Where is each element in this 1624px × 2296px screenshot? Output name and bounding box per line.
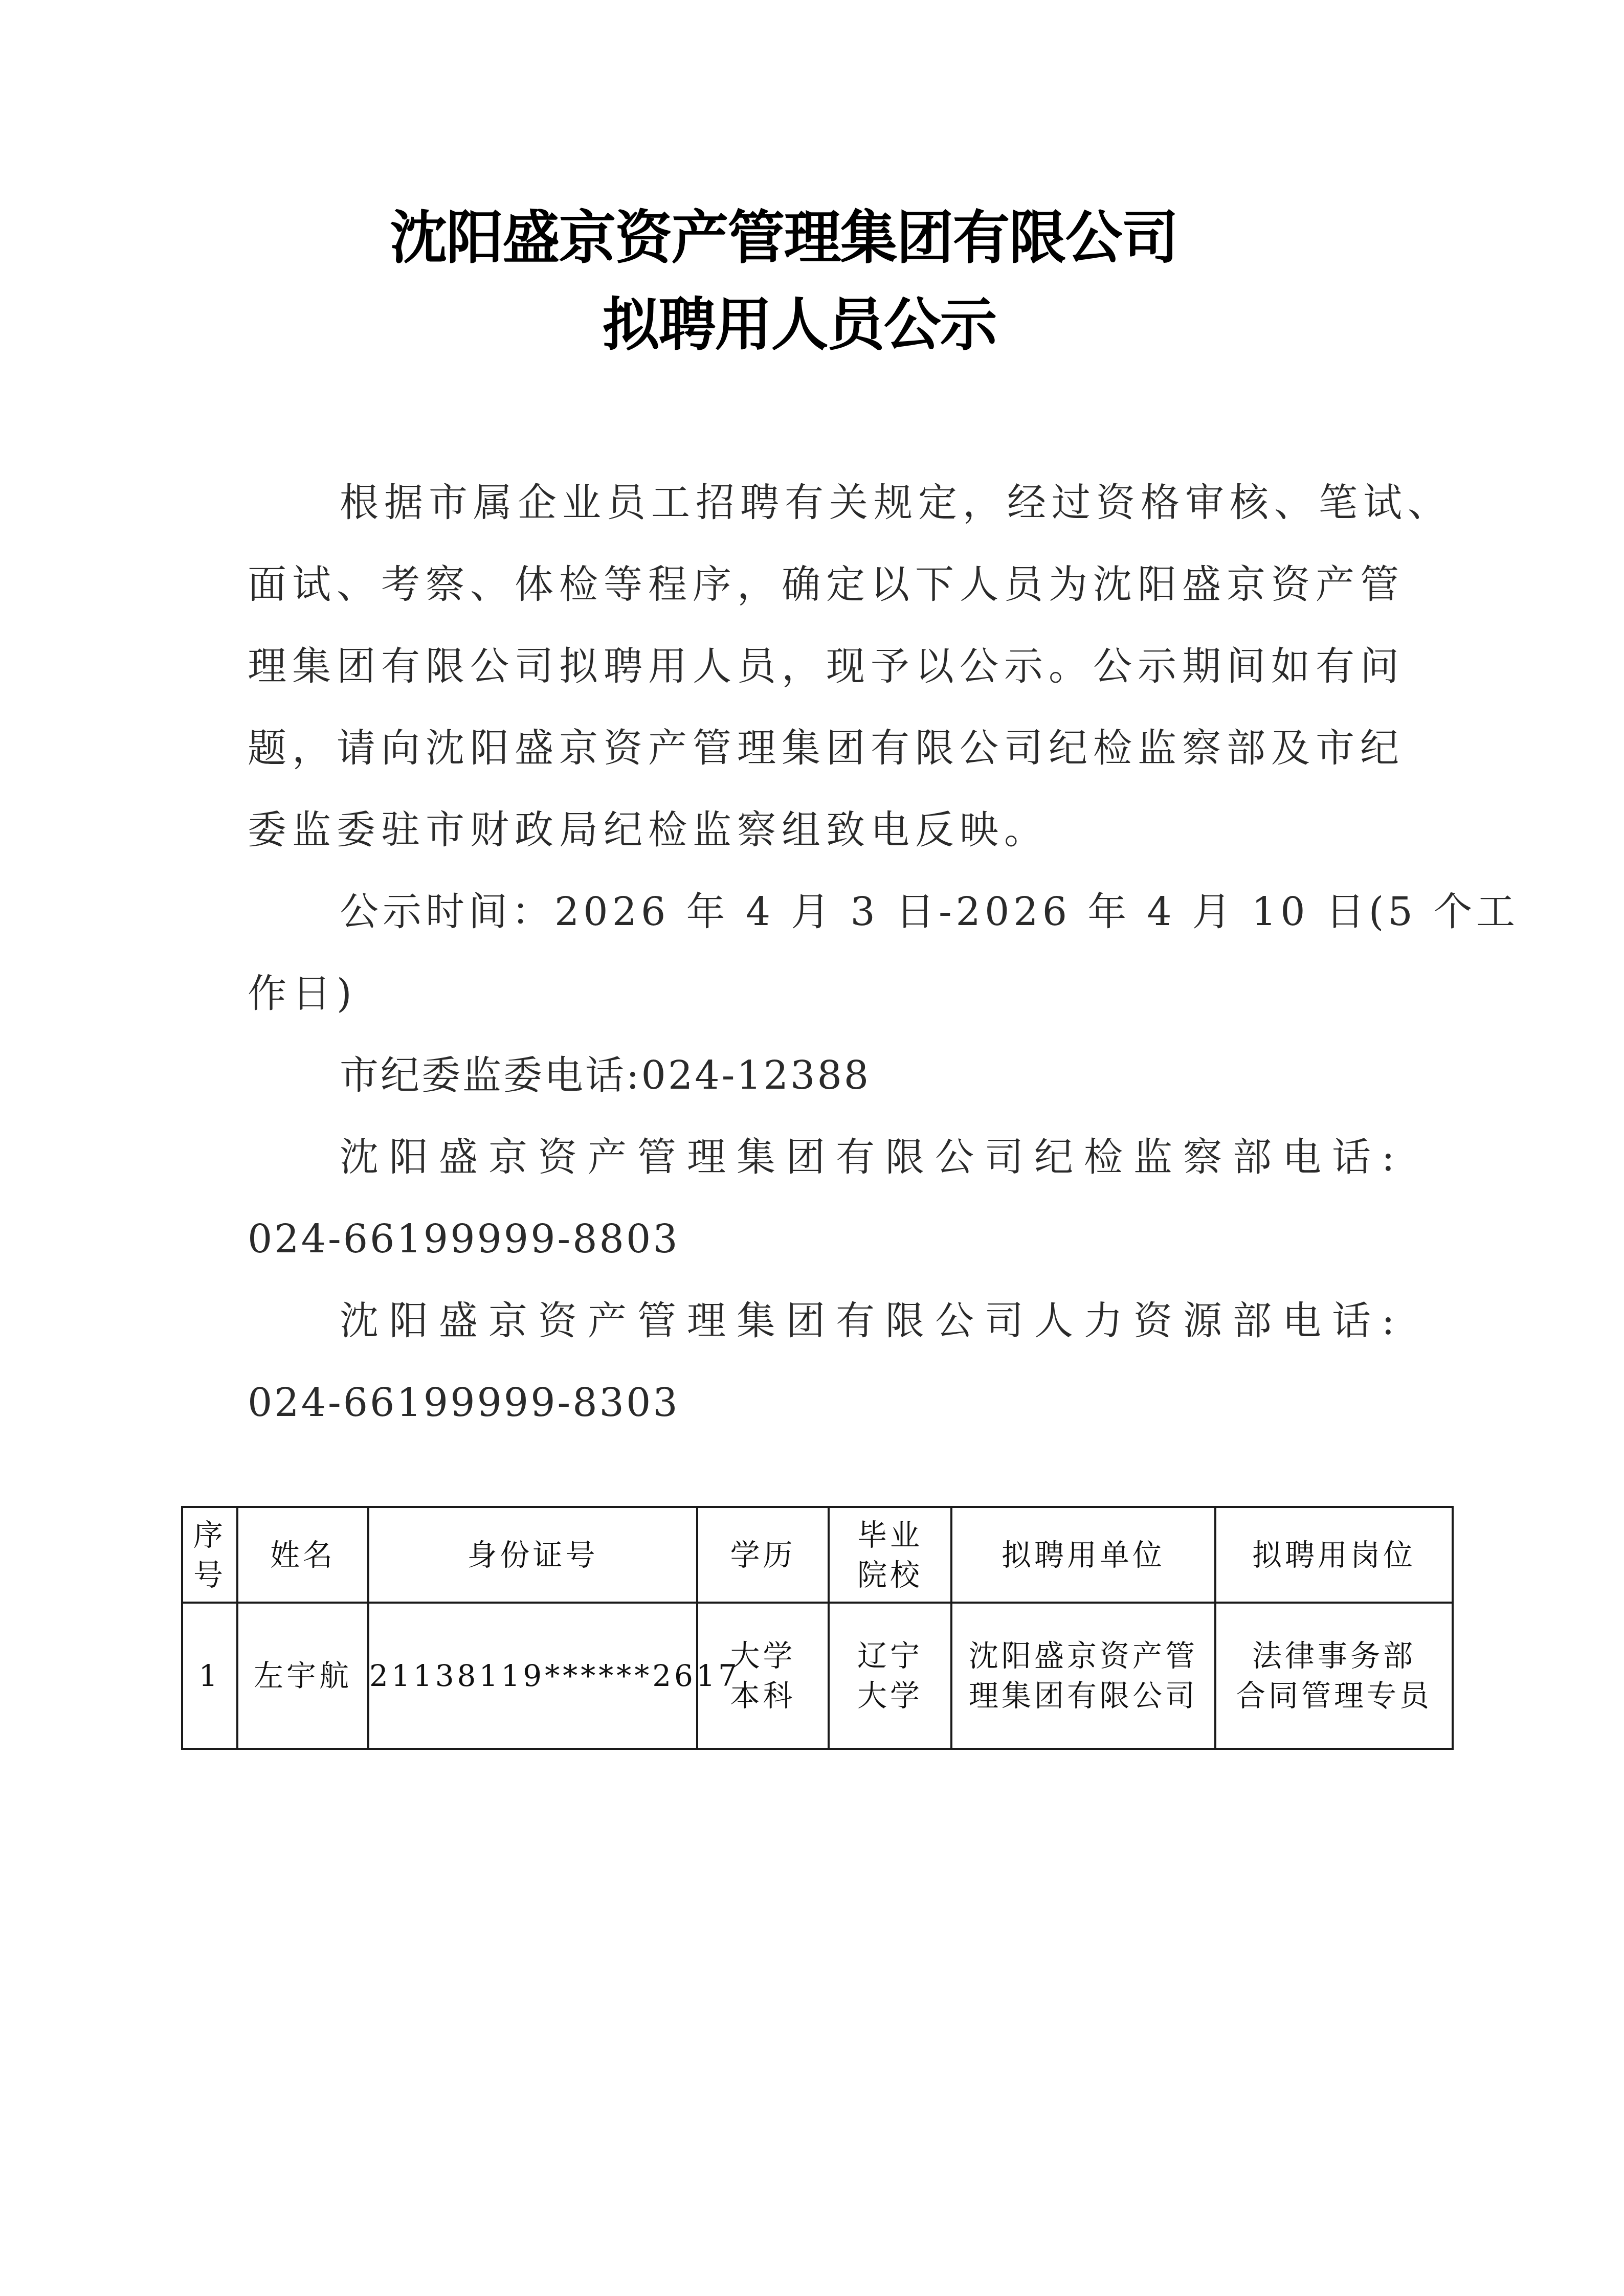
header-unit: 拟聘用单位 [951, 1507, 1215, 1603]
discipline-dept-phone: 024-66199999-8803 [248, 1220, 680, 1258]
cell-position: 法律事务部 合同管理专员 [1215, 1603, 1453, 1749]
paragraph-line-4: 题，请向沈阳盛京资产管理集团有限公司纪检监察部及市纪 [248, 729, 1405, 768]
table-row: 1 左宇航 21138119******2617 大学 本科 辽宁 大学 沈阳盛… [182, 1603, 1453, 1749]
cell-unit: 沈阳盛京资产管 理集团有限公司 [951, 1603, 1215, 1749]
document-title-notice: 拟聘用人员公示 [0, 297, 1611, 354]
notice-period-line-2: 作日) [248, 974, 358, 1013]
header-education: 学历 [697, 1507, 829, 1603]
document-title-company: 沈阳盛京资产管理集团有限公司 [0, 210, 1596, 267]
notice-period-line-1: 公示时间：2026 年 4 月 3 日-2026 年 4 月 10 日(5 个工 [340, 892, 1519, 931]
header-name: 姓名 [237, 1507, 368, 1603]
header-position: 拟聘用岗位 [1215, 1507, 1453, 1603]
municipal-commission-phone: 市纪委监委电话:024-12388 [340, 1056, 871, 1095]
header-id-number: 身份证号 [368, 1507, 697, 1603]
cell-id-number: 21138119******2617 [368, 1603, 697, 1749]
discipline-dept-phone-label: 沈阳盛京资产管理集团有限公司纪检监察部电话: [340, 1138, 1406, 1177]
paragraph-line-5: 委监委驻市财政局纪检监察组致电反映。 [248, 811, 1049, 849]
header-index: 序 号 [182, 1507, 237, 1603]
table-header-row: 序 号 姓名 身份证号 学历 毕业 院校 拟聘用单位 拟聘用岗位 [182, 1507, 1453, 1603]
cell-school: 辽宁 大学 [829, 1603, 951, 1749]
paragraph-line-2: 面试、考察、体检等程序，确定以下人员为沈阳盛京资产管 [248, 565, 1405, 604]
header-school: 毕业 院校 [829, 1507, 951, 1603]
hr-dept-phone-label: 沈阳盛京资产管理集团有限公司人力资源部电话: [340, 1301, 1406, 1340]
paragraph-line-1: 根据市属企业员工招聘有关规定，经过资格审核、笔试、 [340, 483, 1452, 522]
cell-index: 1 [182, 1603, 237, 1749]
hr-dept-phone: 024-66199999-8303 [248, 1383, 680, 1422]
paragraph-line-3: 理集团有限公司拟聘用人员，现予以公示。公示期间如有问 [248, 647, 1405, 686]
hiring-table: 序 号 姓名 身份证号 学历 毕业 院校 拟聘用单位 拟聘用岗位 1 左宇航 2… [181, 1506, 1454, 1750]
cell-name: 左宇航 [237, 1603, 368, 1749]
